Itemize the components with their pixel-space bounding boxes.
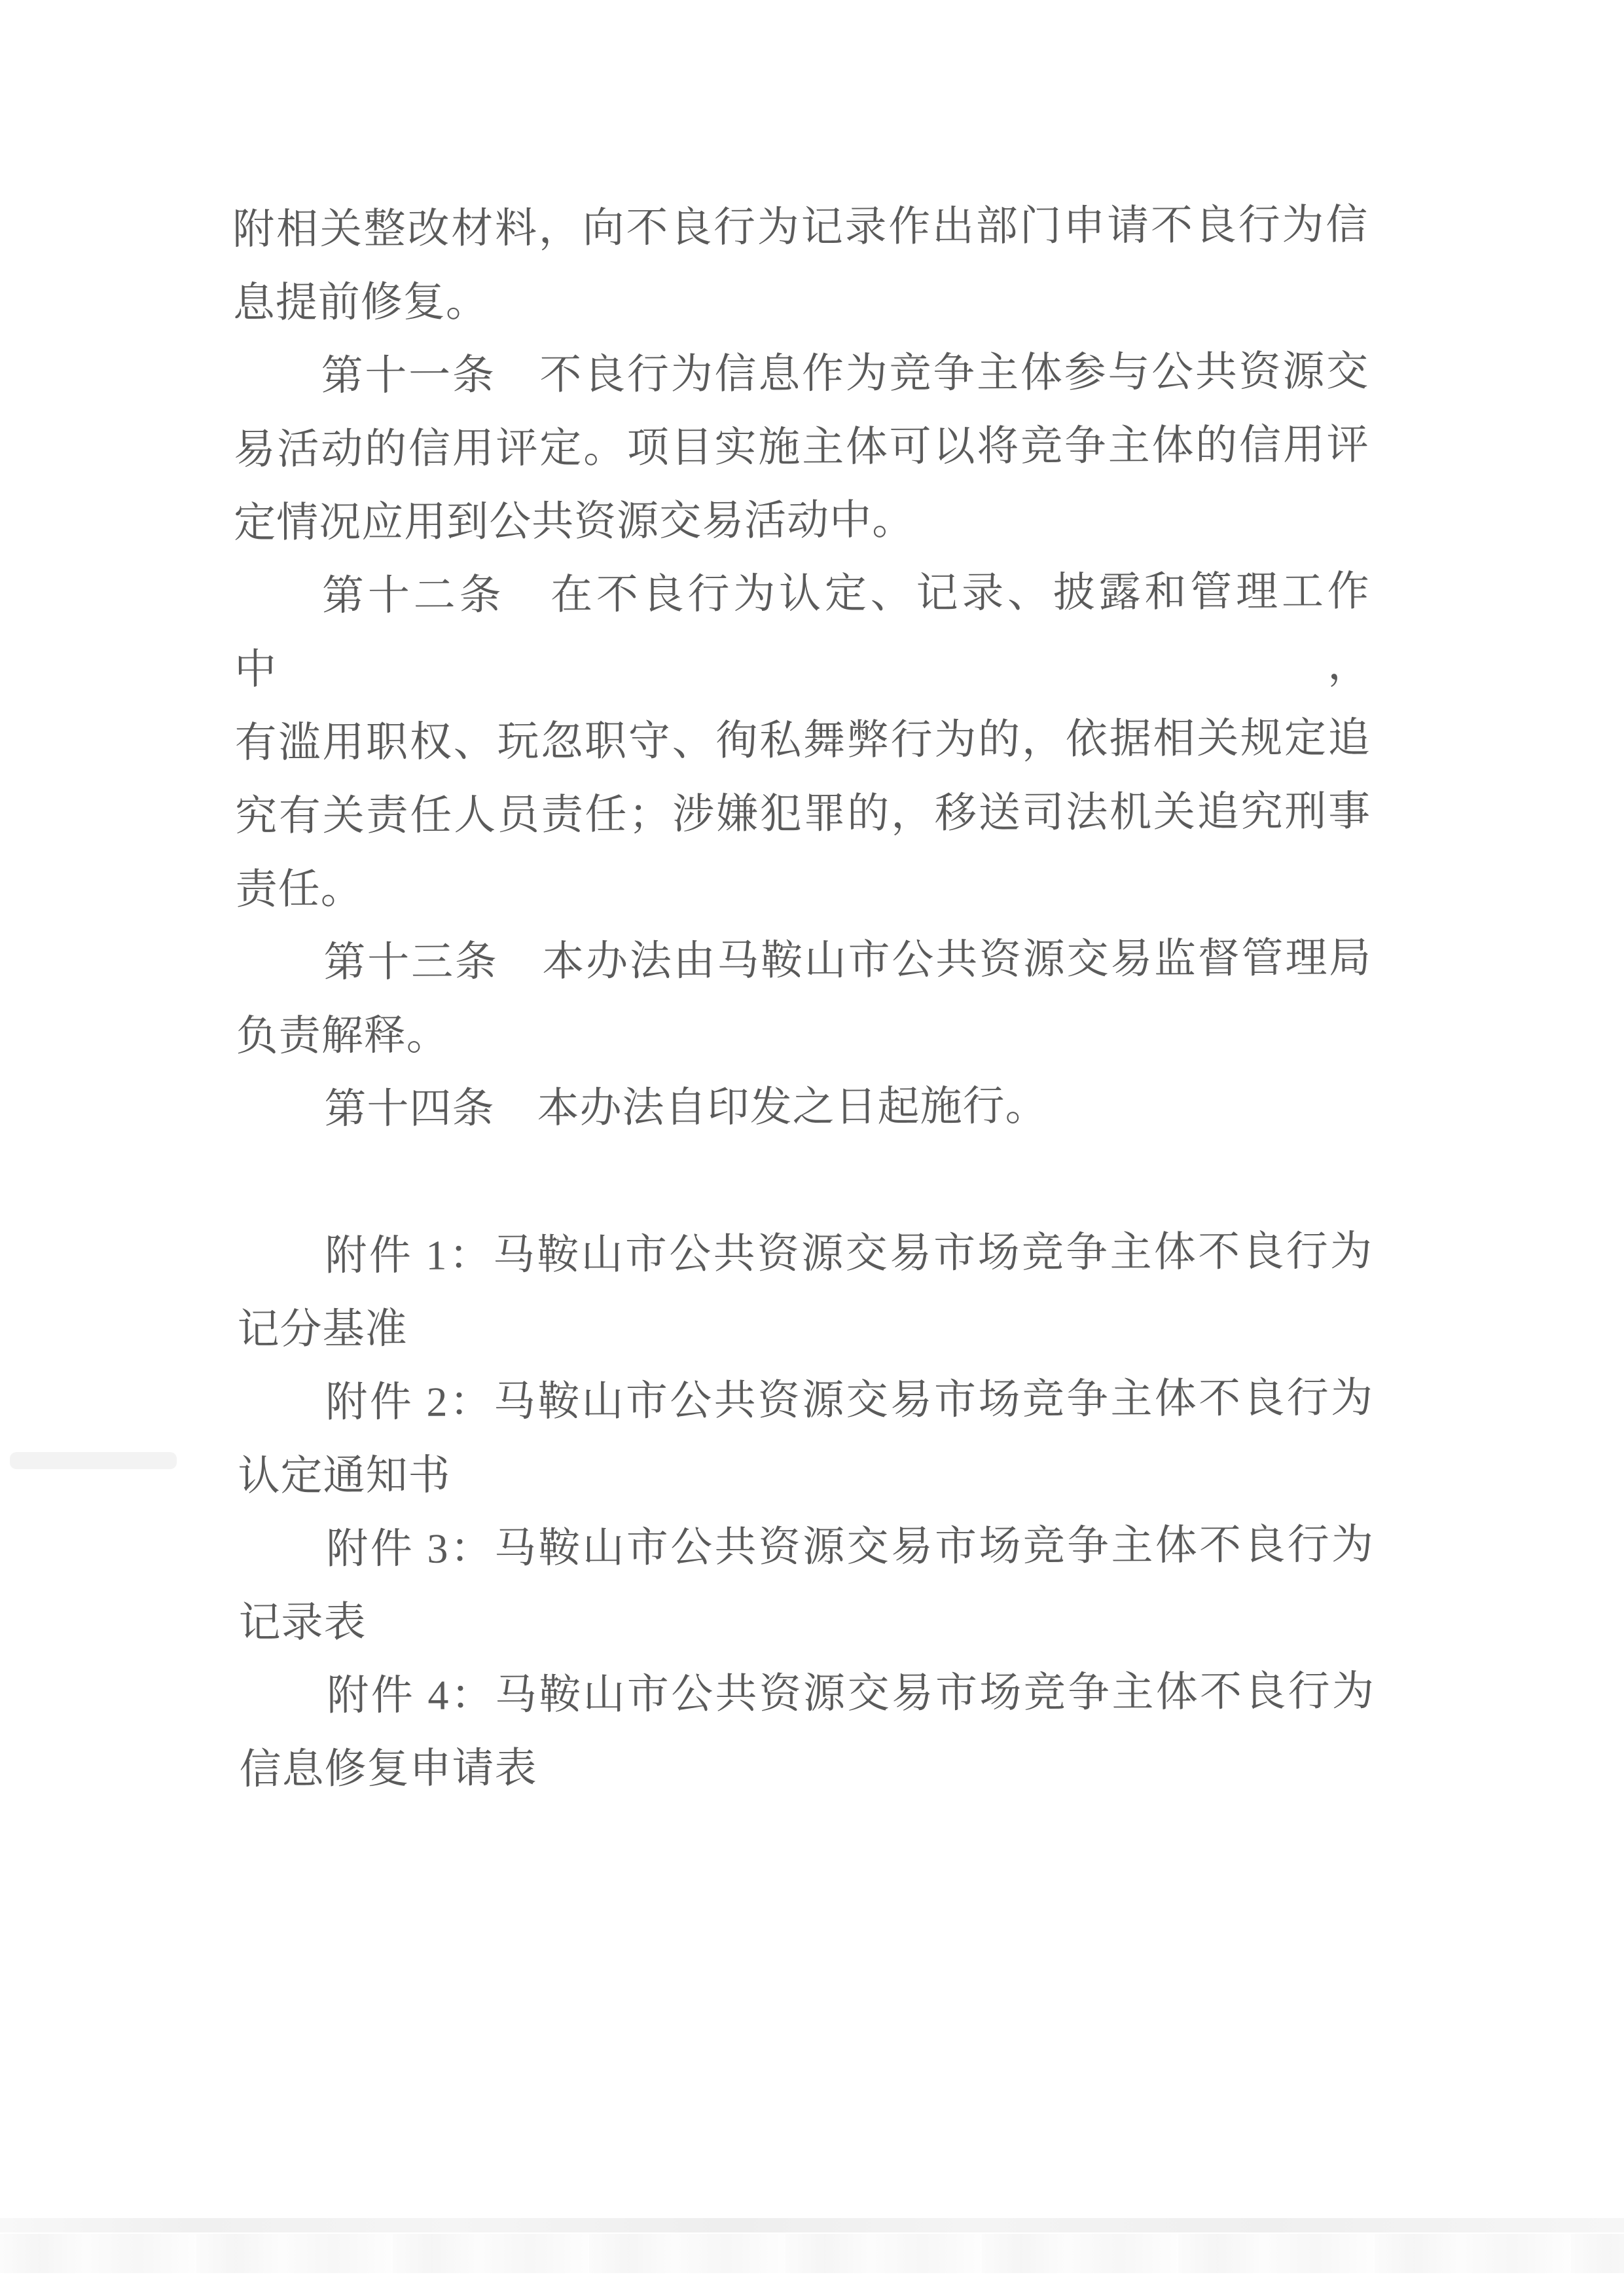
attachment-3-line: 附件 3：马鞍山市公共资源交易市场竞争主体不良行为 <box>238 1508 1374 1586</box>
scan-artifact-band <box>0 2234 1624 2273</box>
text-line: 易活动的信用评定。项目实施主体可以将竞争主体的信用评 <box>233 408 1369 486</box>
text-line: 有滥用职权、玩忽职守、徇私舞弊行为的，依据相关规定追 <box>234 701 1370 780</box>
attachment-4-continuation: 信息修复申请表 <box>239 1728 1375 1806</box>
article-12-line: 第十二条 在不良行为认定、记录、披露和管理工作中， <box>234 555 1370 706</box>
text-line: 责任。 <box>235 848 1371 926</box>
document-text-block: 附相关整改材料，向不良行为记录作出部门申请不良行为信 息提前修复。 第十一条 不… <box>232 188 1375 1806</box>
article-11-line: 第十一条 不良行为信息作为竞争主体参与公共资源交 <box>233 335 1369 413</box>
attachment-1-line: 附件 1：马鞍山市公共资源交易市场竞争主体不良行为 <box>237 1214 1373 1293</box>
attachment-4-line: 附件 4：马鞍山市公共资源交易市场竞争主体不良行为 <box>239 1654 1375 1733</box>
attachment-2-continuation: 认定通知书 <box>238 1434 1373 1513</box>
text-line: 究有关责任人员责任；涉嫌犯罪的，移送司法机关追究刑事 <box>235 774 1371 853</box>
document-page: 附相关整改材料，向不良行为记录作出部门申请不良行为信 息提前修复。 第十一条 不… <box>0 0 1624 2296</box>
text-line: 附相关整改材料，向不良行为记录作出部门申请不良行为信 <box>232 188 1368 266</box>
text-line: 息提前修复。 <box>232 261 1368 340</box>
article-13-line: 第十三条 本办法由马鞍山市公共资源交易监督管理局 <box>236 921 1371 1000</box>
attachment-3-continuation: 记录表 <box>238 1581 1374 1660</box>
scan-artifact-smudge <box>10 1452 177 1469</box>
article-14-line: 第十四条 本办法自印发之日起施行。 <box>236 1068 1372 1146</box>
attachment-1-continuation: 记分基准 <box>237 1288 1373 1366</box>
text-line: 负责解释。 <box>236 994 1371 1073</box>
text-line: 定情况应用到公共资源交易活动中。 <box>234 481 1369 560</box>
scan-artifact-band <box>0 2218 1624 2232</box>
attachment-2-line: 附件 2：马鞍山市公共资源交易市场竞争主体不良行为 <box>238 1361 1373 1440</box>
